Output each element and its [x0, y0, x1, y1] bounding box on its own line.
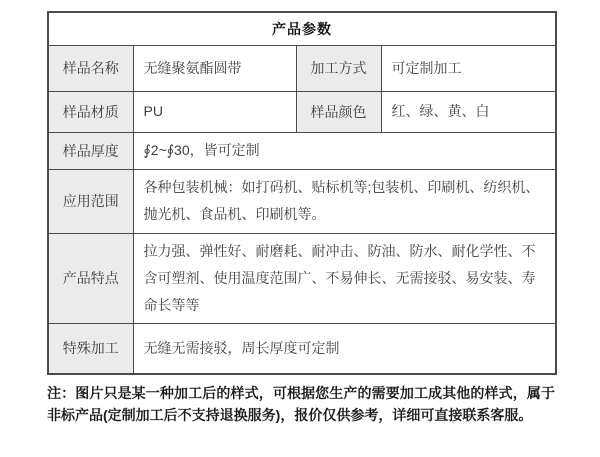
sample-thickness-label: 样品厚度	[48, 132, 133, 169]
table-row: 应用范围 各种包装机械：如打码机、贴标机等;包装机、印刷机、纺织机、抛光机、食品…	[48, 169, 556, 233]
table-title-row: 产品参数	[48, 12, 556, 45]
table-row: 样品名称 无缝聚氨酯圆带 加工方式 可定制加工	[48, 45, 556, 91]
application-range-value: 各种包装机械：如打码机、贴标机等;包装机、印刷机、纺织机、抛光机、食品机、印刷机…	[133, 169, 556, 233]
sample-material-value: PU	[133, 91, 296, 132]
sample-color-value: 红、绿、黄、白	[381, 91, 556, 132]
product-features-label: 产品特点	[48, 233, 133, 323]
sample-material-label: 样品材质	[48, 91, 133, 132]
special-processing-label: 特殊加工	[48, 323, 133, 374]
sample-name-value: 无缝聚氨酯圆带	[133, 45, 296, 91]
sample-name-label: 样品名称	[48, 45, 133, 91]
table-title: 产品参数	[48, 12, 556, 45]
table-row: 产品特点 拉力强、弹性好、耐磨耗、耐冲击、防油、防水、耐化学性、不含可塑剂、使用…	[48, 233, 556, 323]
table-row: 特殊加工 无缝无需接驳，周长厚度可定制	[48, 323, 556, 374]
table-row: 样品厚度 ∮2~∮30，皆可定制	[48, 132, 556, 169]
product-parameters-table: 产品参数 样品名称 无缝聚氨酯圆带 加工方式 可定制加工 样品材质 PU 样品颜…	[47, 11, 557, 375]
processing-method-label: 加工方式	[296, 45, 381, 91]
table-row: 样品材质 PU 样品颜色 红、绿、黄、白	[48, 91, 556, 132]
sample-thickness-value: ∮2~∮30，皆可定制	[133, 132, 556, 169]
special-processing-value: 无缝无需接驳，周长厚度可定制	[133, 323, 556, 374]
application-range-label: 应用范围	[48, 169, 133, 233]
product-parameters-page: 产品参数 样品名称 无缝聚氨酯圆带 加工方式 可定制加工 样品材质 PU 样品颜…	[0, 0, 600, 457]
footnote: 注：图片只是某一种加工后的样式，可根据您生产的需要加工成其他的样式，属于非标产品…	[47, 382, 555, 426]
sample-color-label: 样品颜色	[296, 91, 381, 132]
product-features-value: 拉力强、弹性好、耐磨耗、耐冲击、防油、防水、耐化学性、不含可塑剂、使用温度范围广…	[133, 233, 556, 323]
processing-method-value: 可定制加工	[381, 45, 556, 91]
